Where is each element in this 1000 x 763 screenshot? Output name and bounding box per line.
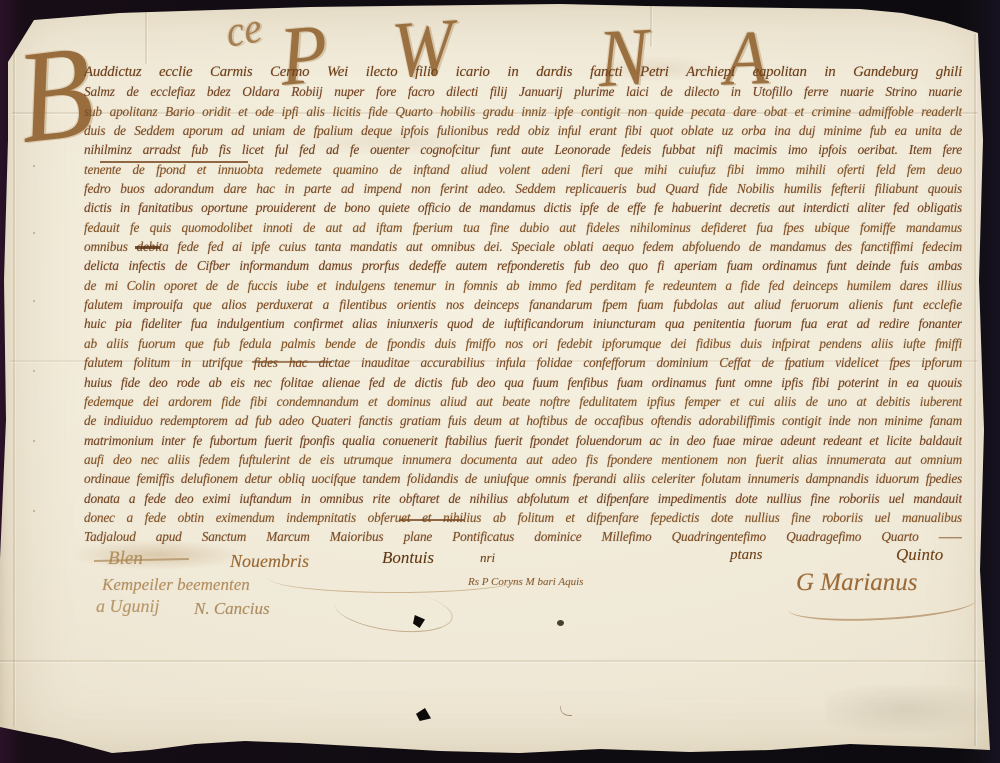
damage-layer <box>0 0 1000 763</box>
hole-mark <box>413 615 425 628</box>
hole-mark <box>557 620 564 626</box>
parchment-sheet: BcePWNA Auddictuz ecclie Carmis Cermo We… <box>0 0 1000 763</box>
hole-scar-mark <box>560 706 572 716</box>
hole-mark <box>416 708 431 721</box>
photo-background: BcePWNA Auddictuz ecclie Carmis Cermo We… <box>0 0 1000 763</box>
